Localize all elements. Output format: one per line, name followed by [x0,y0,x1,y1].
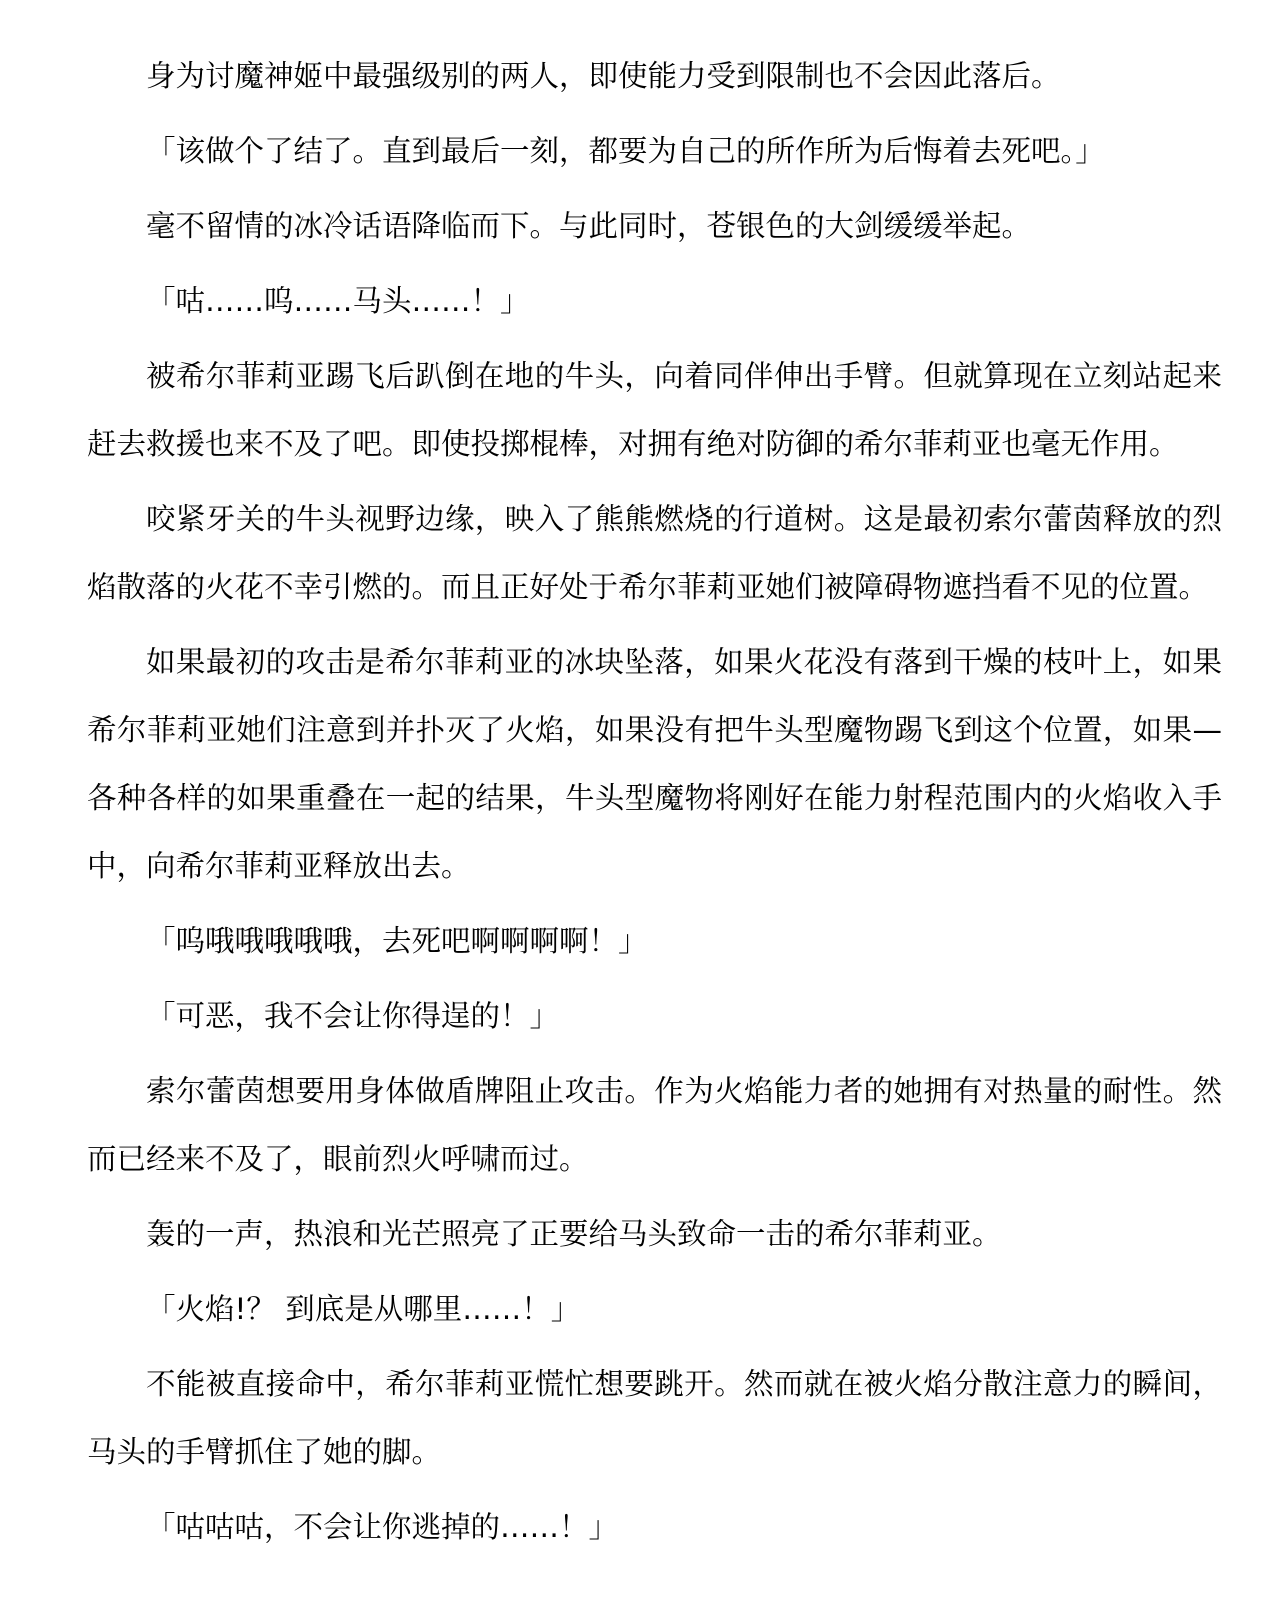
paragraph-dialogue-3: 「呜哦哦哦哦哦，去死吧啊啊啊啊！」 [87,907,1222,975]
paragraph-narration-8: 不能被直接命中，希尔菲莉亚慌忙想要跳开。然而就在被火焰分散注意力的瞬间，马头的手… [87,1350,1222,1486]
paragraph-dialogue-2: 「咕……呜……马头……！」 [87,267,1222,335]
paragraph-dialogue-1: 「该做个了结了。直到最后一刻，都要为自己的所作所为后悔着去死吧。」 [87,117,1222,185]
paragraph-narration-7: 轰的一声，热浪和光芒照亮了正要给马头致命一击的希尔菲莉亚。 [87,1200,1222,1268]
paragraph-narration-4: 咬紧牙关的牛头视野边缘，映入了熊熊燃烧的行道树。这是最初索尔蕾茵释放的烈焰散落的… [87,485,1222,621]
paragraph-dialogue-4: 「可恶，我不会让你得逞的！」 [87,982,1222,1050]
paragraph-dialogue-6: 「咕咕咕，不会让你逃掉的……！」 [87,1493,1222,1561]
paragraph-dialogue-5: 「火焰!？ 到底是从哪里……！」 [87,1275,1222,1343]
paragraph-narration-6: 索尔蕾茵想要用身体做盾牌阻止攻击。作为火焰能力者的她拥有对热量的耐性。然而已经来… [87,1057,1222,1193]
paragraph-narration-3: 被希尔菲莉亚踢飞后趴倒在地的牛头，向着同伴伸出手臂。但就算现在立刻站起来赶去救援… [87,342,1222,478]
document-page: 身为讨魔神姬中最强级别的两人，即使能力受到限制也不会因此落后。 「该做个了结了。… [0,0,1280,1624]
paragraph-narration-5: 如果最初的攻击是希尔菲莉亚的冰块坠落，如果火花没有落到干燥的枝叶上，如果希尔菲莉… [87,628,1222,900]
paragraph-narration-1: 身为讨魔神姬中最强级别的两人，即使能力受到限制也不会因此落后。 [87,42,1222,110]
paragraph-narration-2: 毫不留情的冰冷话语降临而下。与此同时，苍银色的大剑缓缓举起。 [87,192,1222,260]
